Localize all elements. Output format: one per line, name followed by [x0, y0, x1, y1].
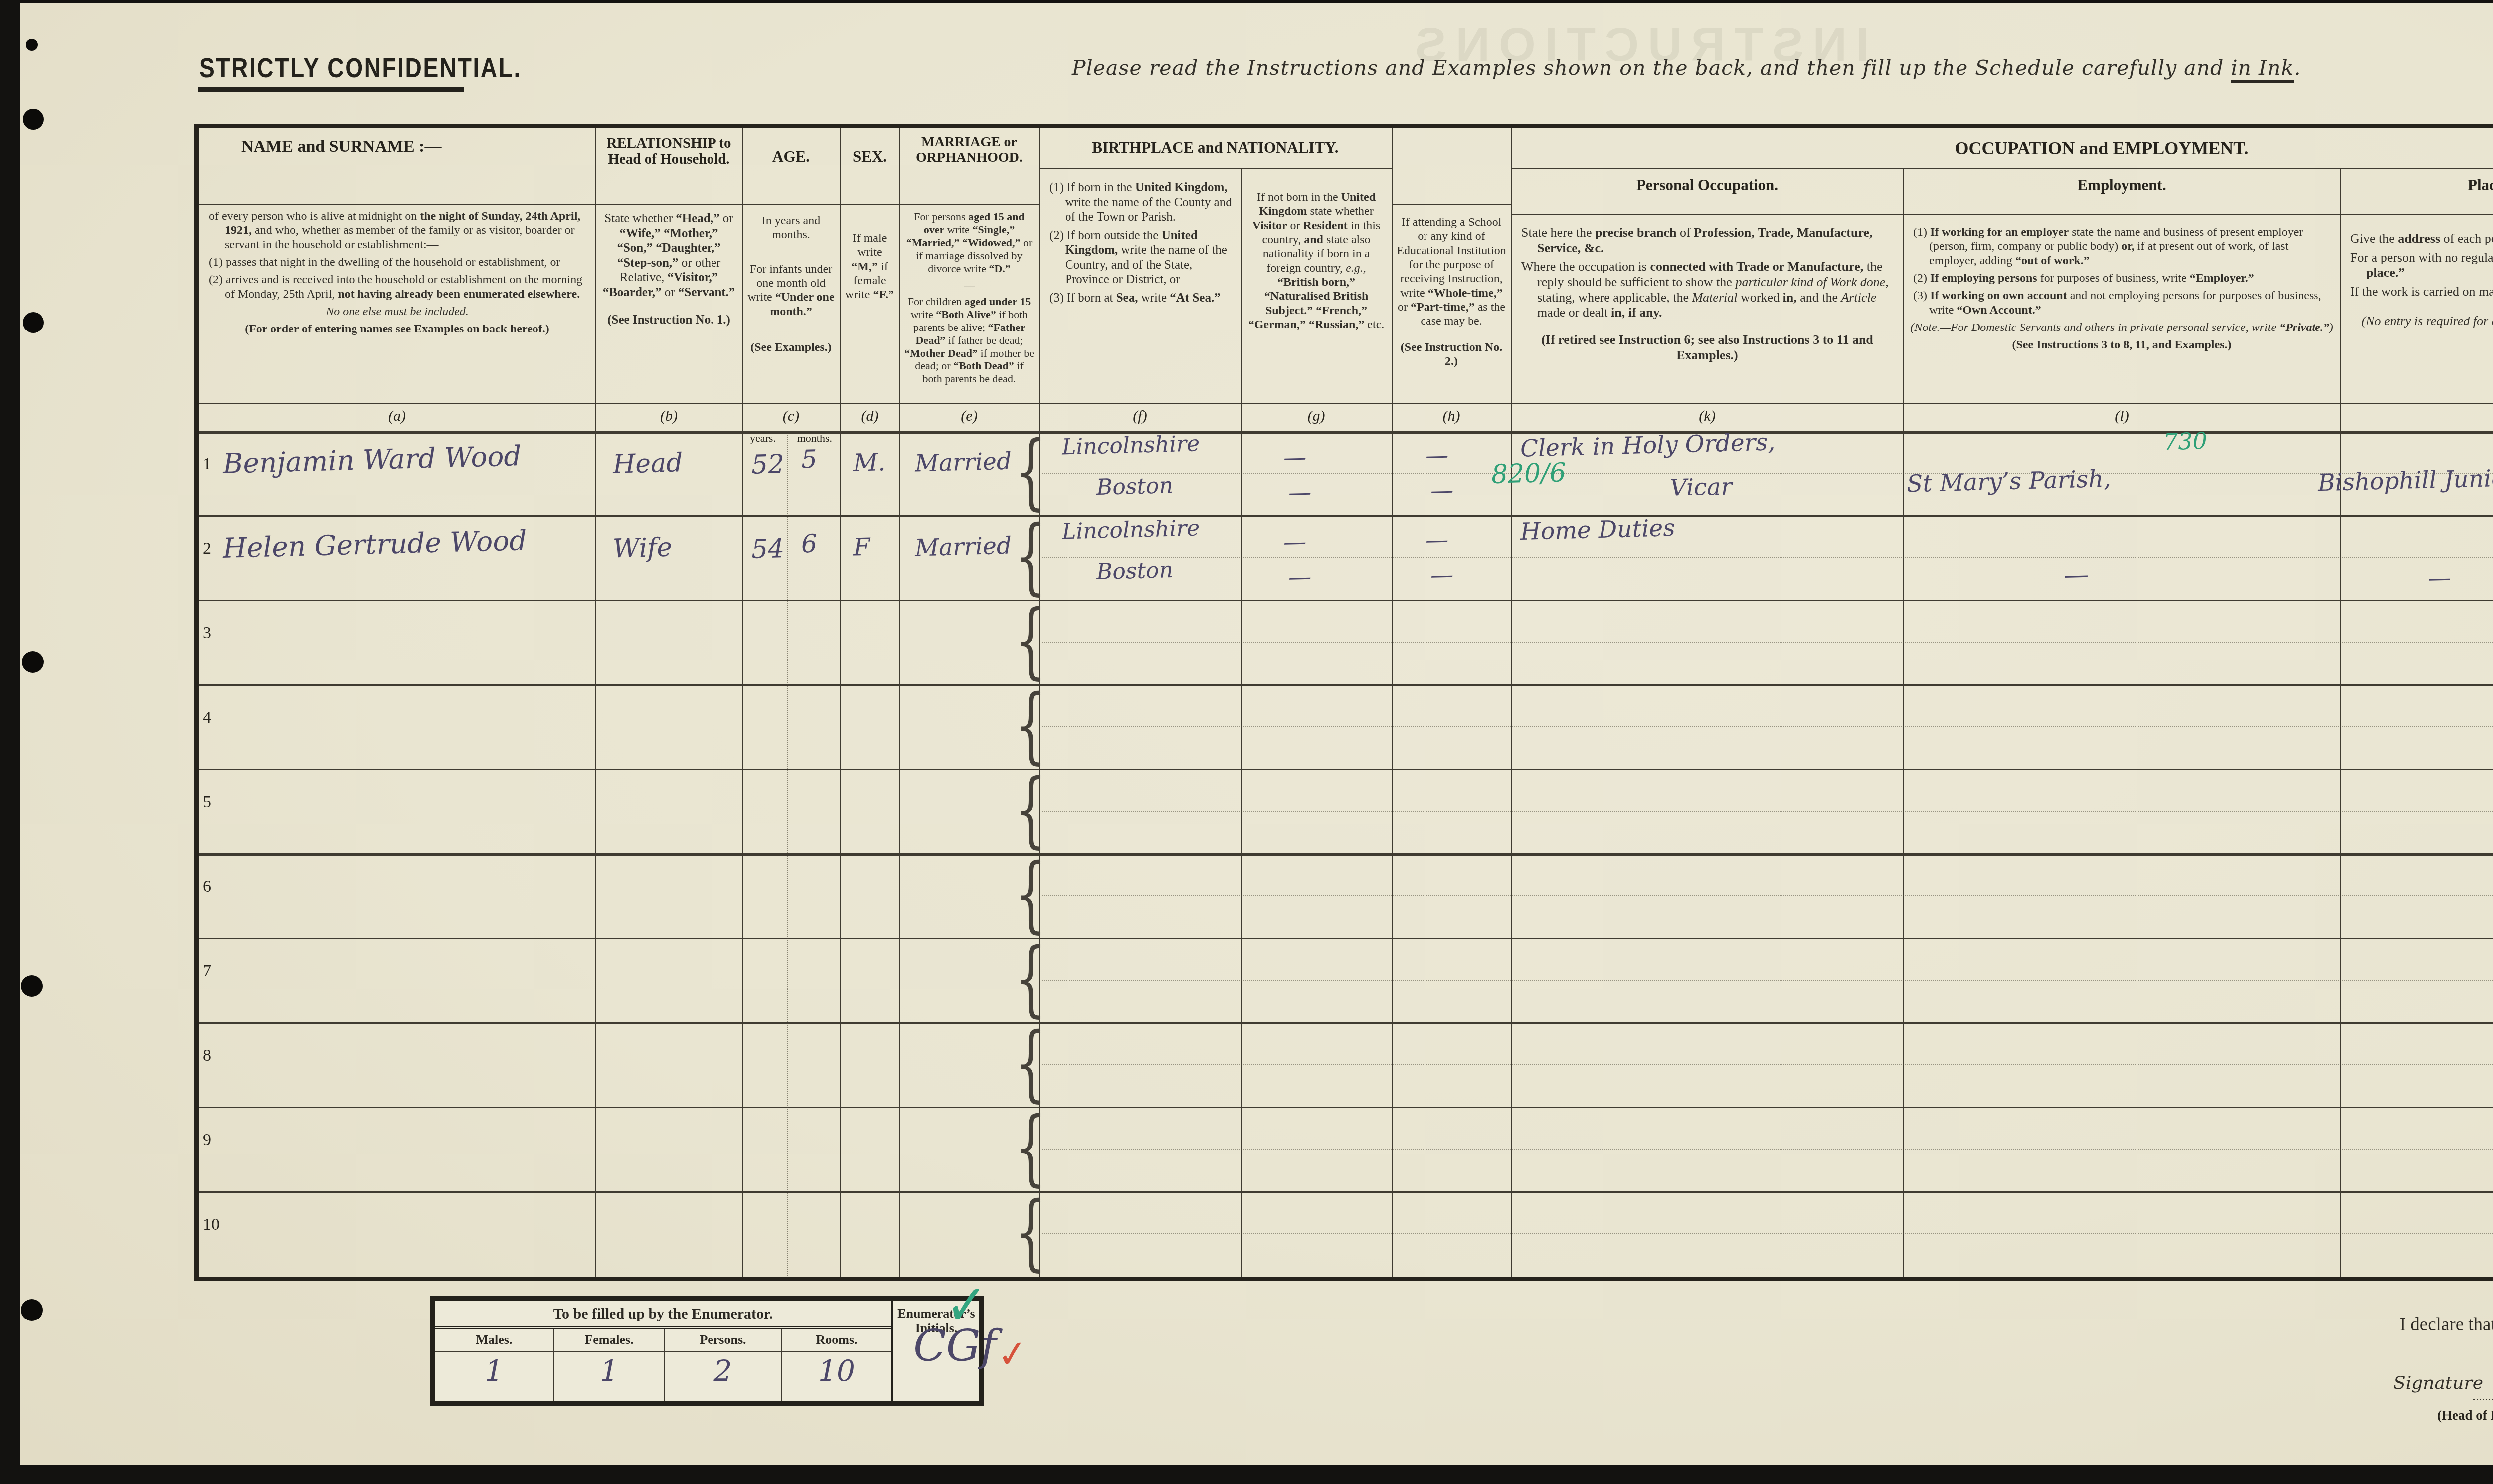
col-letter-d: (d) [840, 403, 899, 431]
place-of-work-body3: If the work is carried on mainly at home… [2345, 284, 2493, 300]
punch-hole [21, 1299, 43, 1321]
entry-school-dash: — [1425, 441, 1448, 469]
entry-employment-dash: — [2063, 560, 2089, 589]
table-row: 10 { UnderOneAge last birthday.123456789… [199, 1191, 2493, 1276]
row-number: 4 [203, 708, 211, 727]
punch-hole [21, 975, 43, 997]
entry-nationality-dash: — [1288, 478, 1311, 505]
school-body: If attending a School or any kind of Edu… [1397, 215, 1506, 329]
table-row: 5 { UnderOneAge last birthday.1234567891… [199, 769, 2493, 853]
relationship-col-title: RELATIONSHIP to Head of Household. [595, 135, 742, 167]
persons-label: Persons. [665, 1329, 781, 1352]
signature-line [2473, 1399, 2493, 1400]
age-col-body1: In years and months. [747, 214, 835, 242]
persons-value: 2 [665, 1352, 781, 1388]
nationality-body: If not born in the United Kingdom state … [1246, 190, 1387, 331]
birthplace-item3: (3) If born at Sea, write “At Sea.” [1044, 291, 1236, 306]
entry-sex: F [853, 533, 870, 561]
signature-label: Signature [2393, 1373, 2483, 1393]
table-row: 1 { years.months. Benjamin Ward Wood Hea… [199, 431, 2493, 515]
col-letter-b: (b) [595, 403, 742, 431]
table-row: 7 { UnderOneAge last birthday.1234567891… [199, 938, 2493, 1022]
school-see: (See Instruction No. 2.) [1397, 340, 1506, 369]
summary-box-title: To be filled up by the Enumerator. [435, 1301, 891, 1329]
col-letter-c: (c) [742, 403, 840, 431]
col-header-relationship: RELATIONSHIP to Head of Household. State… [595, 128, 742, 403]
row-half-divider [1039, 726, 2493, 727]
row-number: 8 [203, 1046, 211, 1065]
entry-school-dash: — [1425, 526, 1448, 553]
entry-occupation: Home Duties [1520, 514, 1675, 545]
row-half-divider [1039, 895, 2493, 896]
name-col-item1: (1) passes that night in the dwelling of… [204, 255, 590, 269]
row-number: 3 [203, 624, 211, 643]
col-letter-g: (g) [1241, 403, 1392, 431]
confidential-heading: STRICTLY CONFIDENTIAL. [199, 52, 522, 84]
employment-title: Employment. [1903, 177, 2340, 194]
rooms-label: Rooms. [782, 1329, 891, 1352]
row-half-divider [1039, 1064, 2493, 1065]
entry-sex: M. [853, 448, 886, 477]
census-schedule-scan: INSTRUCTIONS STRICTLY CONFIDENTIAL. Plea… [0, 0, 2493, 1484]
birthplace-brace: { [1015, 1105, 1047, 1190]
males-label: Males. [435, 1329, 553, 1352]
entry-school-dash: — [1430, 561, 1453, 588]
birthplace-item1: (1) If born in the United Kingdom, write… [1044, 180, 1236, 225]
birthplace-brace: { [1015, 767, 1047, 852]
age-col-see: (See Examples.) [747, 340, 835, 354]
name-col-note: No one else must be included. [204, 305, 590, 319]
table-row: 3 { UnderOneAge last birthday.1234567891… [199, 600, 2493, 684]
punch-hole [22, 651, 44, 673]
row-half-divider [1039, 980, 2493, 981]
age-col-body2: For infants under one month old write “U… [747, 262, 835, 319]
declaration-text: I declare that this Schedule is correctl… [2304, 1314, 2493, 1335]
entry-relationship: Head [612, 448, 683, 480]
birthplace-brace: { [1015, 936, 1047, 1021]
row-number: 2 [203, 539, 211, 558]
marriage-col-title: MARRIAGE or ORPHANHOOD. [899, 134, 1039, 165]
grid-line [1392, 204, 1511, 205]
row-half-divider [1039, 642, 2493, 643]
personal-occupation-body1: State here the precise branch of Profess… [1516, 225, 1898, 256]
employment-item2: (2) If employing persons for purposes of… [1908, 271, 2335, 285]
entry-marriage: Married [914, 532, 1012, 562]
table-row: 6 { UnderOneAge last birthday.1234567891… [199, 853, 2493, 938]
entry-nationality-dash: — [1288, 563, 1311, 590]
employment-see: (See Instructions 3 to 8, 11, and Exampl… [1908, 338, 2335, 352]
col-letter-h: (h) [1392, 403, 1511, 431]
row-half-divider [1039, 473, 2493, 474]
col-letter-m: (m) [2340, 403, 2493, 431]
place-of-work-title: Place of Work. [2340, 177, 2493, 194]
employment-item3: (3) If working on own account and not em… [1908, 289, 2335, 317]
age-units-label: years.months. [745, 432, 837, 445]
entry-age-years: 52 [751, 449, 785, 480]
occupation-code-green: 820/6 [1491, 458, 1566, 490]
entry-place-dash: — [2427, 564, 2451, 591]
confidential-underline [198, 87, 464, 92]
red-check-mark: ✓ [995, 1331, 1031, 1377]
census-table: NAME and SURNAME :— of every person who … [194, 124, 2493, 1281]
entry-age-months: 6 [801, 529, 817, 558]
entry-name: Benjamin Ward Wood [222, 440, 522, 480]
place-of-work-body2: For a person with no regular place of wo… [2345, 250, 2493, 281]
entry-place-of-work: Bishophill Junior. [2317, 464, 2493, 497]
row-number: 10 [203, 1215, 220, 1234]
row-number: 9 [203, 1131, 211, 1150]
personal-occupation-note: (If retired see Instruction 6; see also … [1516, 332, 1898, 363]
sex-col-body: If male write “M,” if female write “F.” [845, 231, 894, 302]
employment-item1: (1) If working for an employer state the… [1908, 225, 2335, 268]
birthplace-item2: (2) If born outside the United Kingdom, … [1044, 228, 1236, 287]
entry-occupation-line2: Vicar [1669, 473, 1732, 501]
name-col-body: of every person who is alive at midnight… [204, 209, 590, 252]
col-letter-l: (l) [1903, 403, 2340, 431]
birthplace-brace: { [1015, 598, 1047, 683]
place-of-work-body1: Give the address of each person’s place … [2345, 231, 2493, 247]
name-col-note2: (For order of entering names see Example… [204, 322, 590, 336]
birthplace-brace: { [1015, 1020, 1047, 1106]
relationship-col-see: (See Instruction No. 1.) [600, 313, 737, 328]
col-header-name: NAME and SURNAME :— of every person who … [199, 128, 595, 403]
females-value: 1 [554, 1352, 664, 1388]
females-label: Females. [554, 1329, 664, 1352]
row-half-divider [1039, 1233, 2493, 1234]
signature-caption: (Head of Household, Manager of Establish… [2318, 1408, 2493, 1423]
entry-age-months: 5 [801, 445, 817, 474]
employment-note: (Note.—For Domestic Servants and others … [1908, 321, 2335, 334]
row-number: 5 [203, 793, 211, 812]
grid-line [1039, 168, 1392, 169]
entry-marriage: Married [914, 447, 1012, 477]
fill-in-ink-instruction: Please read the Instructions and Example… [1072, 56, 2438, 80]
personal-occupation-title: Personal Occupation. [1511, 177, 1903, 194]
row-number: 1 [203, 455, 211, 474]
employment-code-green: 730 [2163, 427, 2207, 455]
punch-hole [26, 39, 38, 51]
in-ink-underlined: in Ink [2231, 56, 2294, 83]
col-letter-k: (k) [1511, 403, 1903, 431]
entry-nationality-dash: — [1283, 528, 1306, 555]
males-value: 1 [435, 1352, 553, 1388]
age-col-title: AGE. [742, 148, 840, 165]
rooms-column: Rooms. 10 [782, 1329, 891, 1401]
birthplace-brace: { [1015, 1189, 1047, 1275]
name-col-item2: (2) arrives and is received into the hou… [204, 273, 590, 301]
sex-col-title: SEX. [840, 148, 899, 165]
personal-occupation-body2: Where the occupation is connected with T… [1516, 259, 1898, 321]
table-content: NAME and SURNAME :— of every person who … [199, 128, 2493, 1277]
marriage-col-body1: For persons aged 15 and over write “Sing… [904, 210, 1034, 275]
col-letter-a: (a) [199, 403, 595, 431]
entry-relationship: Wife [612, 532, 673, 564]
col-header-school: If attending a School or any kind of Edu… [1392, 128, 1511, 403]
grid-line [1511, 214, 2493, 215]
row-number: 6 [203, 877, 211, 896]
punch-hole [23, 312, 44, 333]
entry-birth-county: Lincolnshire [1061, 515, 1200, 544]
birthplace-brace: { [1015, 429, 1047, 514]
row-half-divider [1039, 1149, 2493, 1150]
birthplace-brace: { [1015, 851, 1047, 937]
entry-birth-town: Boston [1096, 557, 1173, 584]
birthplace-brace: { [1015, 513, 1047, 599]
rooms-value: 10 [782, 1352, 891, 1388]
entry-birth-county: Lincolnshire [1061, 431, 1200, 460]
entry-employer: St Mary’s Parish, [1906, 465, 2111, 498]
col-header-marriage: MARRIAGE or ORPHANHOOD. For persons aged… [899, 128, 1039, 403]
marriage-col-body2: For children aged under 15 write “Both A… [904, 295, 1034, 386]
females-column: Females. 1 [554, 1329, 665, 1401]
persons-column: Persons. 2 [665, 1329, 782, 1401]
grid-line [1511, 168, 2493, 169]
col-letter-f: (f) [1039, 403, 1241, 431]
entry-birth-town: Boston [1096, 473, 1173, 500]
punch-hole [23, 109, 44, 130]
entry-age-years: 54 [751, 534, 785, 565]
entry-nationality-dash: — [1283, 443, 1306, 471]
enumerator-summary-box: To be filled up by the Enumerator. Males… [430, 1296, 984, 1406]
entry-name: Helen Gertrude Wood [222, 524, 527, 564]
birthplace-brace: { [1015, 682, 1047, 768]
grid-line [199, 403, 2493, 404]
marriage-col-dash: — [904, 279, 1034, 292]
males-column: Males. 1 [435, 1329, 554, 1401]
entry-school-dash: — [1430, 476, 1453, 503]
place-of-work-note: (No entry is required for any person who… [2345, 314, 2493, 344]
table-row: 9 { UnderOneAge last birthday.1234567891… [199, 1107, 2493, 1191]
table-row: 4 { UnderOneAge last birthday.1234567891… [199, 684, 2493, 769]
table-row: 2 { Helen Gertrude Wood Wife 54 6 F Marr… [199, 515, 2493, 600]
row-half-divider [1039, 557, 2493, 558]
row-number: 7 [203, 962, 211, 981]
col-header-sex: SEX. If male write “M,” if female write … [840, 128, 899, 403]
green-check-mark: ✓ [944, 1269, 988, 1342]
row-half-divider [1039, 811, 2493, 812]
grid-line [199, 204, 1039, 205]
table-row: 8 { UnderOneAge last birthday.1234567891… [199, 1022, 2493, 1107]
name-col-title: NAME and SURNAME :— [199, 137, 595, 156]
relationship-col-body: State whether “Head,” or “Wife,” “Mother… [600, 211, 737, 300]
col-header-age: AGE. In years and months. For infants un… [742, 128, 840, 403]
